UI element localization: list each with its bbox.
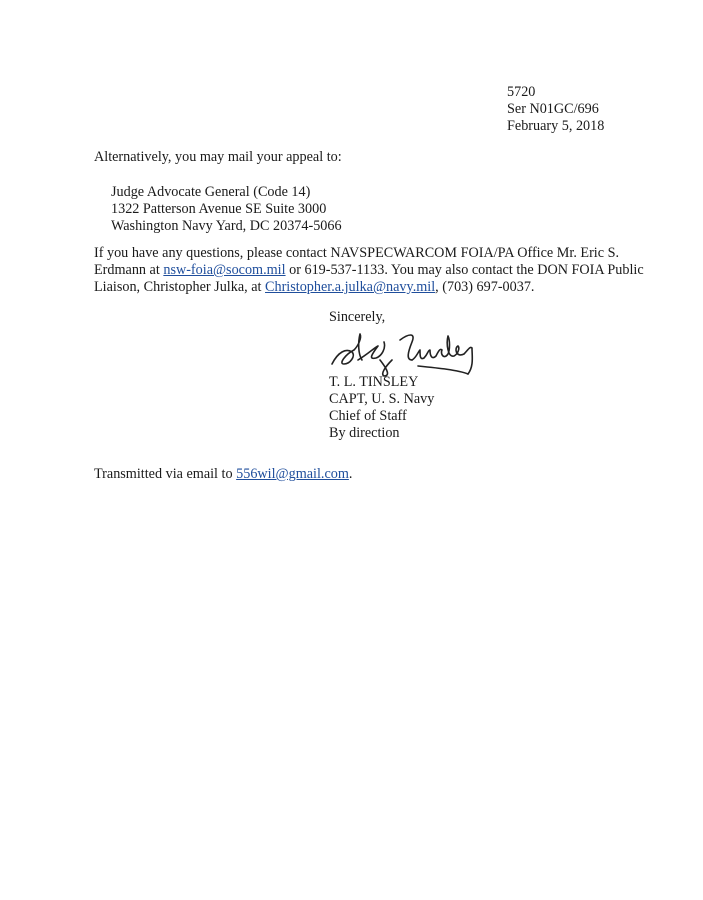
letter-date: February 5, 2018: [507, 118, 604, 136]
contact-line: Liaison, Christopher Julka, at Christoph…: [94, 279, 534, 297]
transmittal-text: .: [349, 466, 353, 482]
signer-name: T. L. TINSLEY: [329, 374, 418, 392]
contact-text: Liaison, Christopher Julka, at: [94, 279, 265, 295]
email-link-julka[interactable]: Christopher.a.julka@navy.mil: [265, 279, 435, 295]
address-line: Judge Advocate General (Code 14): [111, 184, 310, 202]
transmittal-note: Transmitted via email to 556wil@gmail.co…: [94, 466, 352, 484]
email-link-recipient[interactable]: 556wil@gmail.com: [236, 466, 349, 482]
appeal-intro: Alternatively, you may mail your appeal …: [94, 149, 342, 167]
signer-rank: CAPT, U. S. Navy: [329, 391, 434, 409]
serial-number: Ser N01GC/696: [507, 101, 599, 119]
contact-line: If you have any questions, please contac…: [94, 245, 619, 263]
salutation: Sincerely,: [329, 309, 385, 327]
transmittal-text: Transmitted via email to: [94, 466, 236, 482]
contact-text: , (703) 697-0037.: [435, 279, 534, 295]
ssic-code: 5720: [507, 84, 535, 102]
contact-text: Erdmann at: [94, 262, 163, 278]
signer-title: Chief of Staff: [329, 408, 407, 426]
contact-line: Erdmann at nsw-foia@socom.mil or 619-537…: [94, 262, 644, 280]
email-link-nsw-foia[interactable]: nsw-foia@socom.mil: [163, 262, 285, 278]
address-line: Washington Navy Yard, DC 20374-5066: [111, 218, 342, 236]
contact-text: or 619-537-1133. You may also contact th…: [286, 262, 644, 278]
signature-icon: [328, 330, 483, 380]
address-line: 1322 Patterson Avenue SE Suite 3000: [111, 201, 326, 219]
signer-authority: By direction: [329, 425, 400, 443]
